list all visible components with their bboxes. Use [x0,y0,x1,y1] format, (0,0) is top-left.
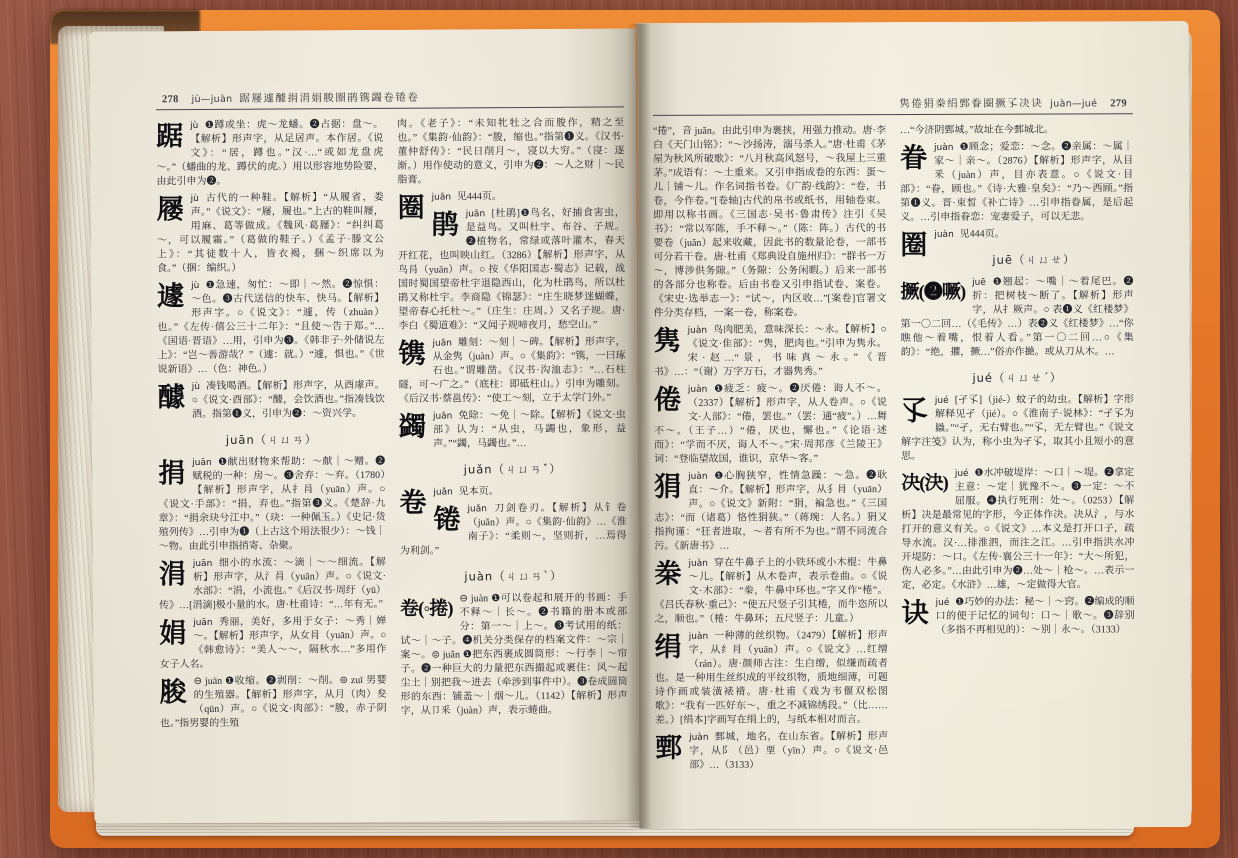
headword-character: 圈 [900,230,927,261]
entry-text: “捲”，音 juǎn。由此引申为裹挟，用强力推动。唐·李白《天门山铭》：“～沙扬… [653,125,887,319]
headword-pinyin: jù [191,194,203,204]
headword-character: 撅(❷噘) [900,278,965,308]
headword-character: 锩 [433,504,460,535]
headword-character: 镌 [398,339,425,370]
pinyin-section-header: jué（ㄐㄩㄝˊ） [901,369,1134,386]
dictionary-entry: 圈juàn 见444页。 [900,227,1133,242]
dictionary-entry: 撅(❷噘)juē ❶翘起：～嘴｜～着尾巴。❷折：把树枝～断了。【解析】形声字，从… [900,275,1133,360]
headword-pinyin: juǎn [433,487,455,497]
dictionary-entry: 踞jù ❶蹲或坐：虎～龙蟠。❷占据：盘～。【解析】形声字，从足居声。本作居。《说… [156,118,383,189]
entry-text: 免除：～免｜～除。【解析】《说文·虫部》认为：“从虫，马蠲也，象形，益声。”“蠲… [433,409,626,449]
entry-text: …“今济阴鄄城。”故址在今鄄城北。 [900,125,1054,137]
entry-continuation: 肉。《老子》：“未知牝牡之合而朘作，精之至也。”《集韵·仙韵》：“朘，缩也。”指… [397,116,624,187]
dictionary-entry: 屦jù 古代的一种鞋。【解析】“从履省，娄声。”《说文》：“屦，履也。”上古的鞋… [157,191,385,276]
headword-pinyin: juān [432,192,454,202]
pinyin-range: juàn—jué [1050,98,1097,109]
headword-character: 捐 [158,458,185,489]
headword-character: 蠲 [399,412,426,443]
headword-pinyin: juàn [688,472,711,482]
header-rule [156,106,624,110]
headword-pinyin: jù [191,281,203,291]
headword-character: 决(決) [901,469,948,499]
headword-character: 屦 [157,194,184,225]
headword-pinyin: jù [192,382,203,392]
text-column-2: …“今济阴鄄城。”故址在今鄄城北。眷juàn ❶顾念；爱恋：～念。❷亲属：～属｜… [900,123,1135,775]
headword-character: 遽 [157,281,184,312]
text-column-2: 肉。《老子》：“未知牝牡之合而朘作，精之至也。”《集韵·仙韵》：“朘，缩也。”指… [397,116,628,732]
dictionary-entry: 鹃juān [杜鹃]❶鸟名，好捕食害虫，是益鸟。又叫杜宇、布谷、子规。❷植物名，… [398,206,626,333]
headword-character: 鄄 [655,733,682,764]
headword-character: 娟 [159,618,186,649]
headword-pinyin: juàn [688,326,710,336]
entry-text: ❶顾念；爱恋：～念。❷亲属：～属｜家～｜亲～。（2876）【解析】形声字，从目釆… [900,141,1133,223]
dictionary-entry: 锩juǎn 刀剑卷刃。【解析】从钅卷（juǎn）声。○《集韵·仙韵》…《淮南子》… [399,501,626,558]
headword-character: 醵 [158,382,185,413]
dictionary-entry: 脧⊖ juān ❶收缩。❷剥削：～削。⊜ zuī 男婴的生殖器。【解析】形声字，… [160,674,387,731]
dictionary-entry: 绢juàn 一种薄的丝织物。（2479）【解析】形声字，从纟肙（yuān）声。○… [655,629,888,728]
entry-text: 鄄城，地名，在山东省。【解析】形声字，从阝（邑）垔（yīn）声。○《说文·邑部》… [689,731,888,771]
headword-character: 孓 [901,396,928,427]
dictionary-entry: 桊juàn 穿在牛鼻子上的小铁环或小木棍：牛鼻～儿。【解析】从木卷声，表示卷曲。… [654,556,887,627]
headword-list: 踞屦遽醵捐涓娟脧圈鹃镌蠲卷锩卷 [239,93,419,105]
dictionary-entry: 捐juān ❶献出财物来帮助：～献｜～赠。❷赋税的一种：房～。❸舍弃：～弃。（1… [158,455,386,554]
dictionary-entry: 镌juān 雕刻：～刻｜～碑。【解析】形声字，从金隽（juàn）声。○《集韵》：… [398,335,625,406]
text-column-1: “捲”，音 juǎn。由此引申为裹挟，用强力推动。唐·李白《天门山铭》：“～沙扬… [653,124,888,776]
pinyin-section-header: juē（ㄐㄩㄝ） [900,251,1133,268]
headword-character: 鹃 [432,209,459,240]
headword-pinyin: juān [432,338,455,348]
left-page: 278jù—juàn踞屦遽醵捐涓娟脧圈鹃镌蠲卷锩卷 踞jù ❶蹲或坐：虎～龙蟠。… [90,28,641,823]
headword-character: 圈 [398,193,425,224]
entry-text: ❶巧妙的办法：秘～｜～窍。❷编成的顺口的便于记忆的词句：口～｜歌～。❸辞别（多指… [936,596,1135,636]
headword-character: 诀 [902,598,929,629]
right-page-content: 隽倦狷桊绢鄄眷圈撅孓决诀juàn—jué279 “捲”，音 juǎn。由此引申为… [637,21,1192,829]
headword-pinyin: juàn [688,385,711,395]
pinyin-range: jù—juàn [192,94,233,105]
headword-pinyin: juàn [689,632,712,642]
headword-pinyin: juàn [688,559,711,569]
entry-text: ❶急速，匆忙：～即｜～然。❷惊惧：～色。❸古代送信的快车、快马。【解析】形声字。… [157,279,384,375]
entry-text: ❶献出财物来帮助：～献｜～赠。❷赋税的一种：房～。❸舍弃：～弃。（1780）【解… [158,456,385,552]
dictionary-entry: 决(決)jué ❶水冲破堤岸：～口｜～堤。❷拿定主意：～定｜犹豫不～。❸一定：～… [901,466,1134,593]
entry-text: ⊖ juān ❶收缩。❷剥削：～削。⊜ zuī 男婴的生殖器。【解析】形声字，从… [160,675,387,729]
dictionary-entry: 眷juàn ❶顾念；爱恋：～念。❷亲属：～属｜家～｜亲～。（2876）【解析】形… [900,140,1133,225]
entry-text: 见444页。 [960,229,1005,240]
headword-character: 绢 [655,632,682,663]
headword-pinyin: juàn [689,733,712,743]
dictionary-entry: 孓jué [孑孓]（jié-）蚊子的幼虫。【解析】字形解释见孑（jié）。○《淮… [901,393,1134,464]
headword-pinyin: jué [955,469,972,479]
headword-pinyin: juǎn [467,504,491,514]
entry-continuation: …“今济阴鄄城。”故址在今鄄城北。 [900,123,1133,138]
entry-text: 见444页。 [457,191,502,202]
dictionary-entry: 隽juàn 鸟肉肥美，意味深长：～永。【解析】○《说文·隹部》：“隽，肥肉也。”… [654,323,887,380]
dictionary-entry: 卷juǎn 见本页。 [399,484,626,499]
right-page: 隽倦狷桊绢鄄眷圈撅孓决诀juàn—jué279 “捲”，音 juǎn。由此引申为… [637,21,1192,829]
entry-text: ❶心胸狭窄，性情急躁：～急。❷耿直：～介。【解析】形声字，从犭肙（yuān）声。… [654,470,887,552]
headword-pinyin: juān [433,411,456,421]
dictionary-entry: 诀jué ❶巧妙的办法：秘～｜～窍。❷编成的顺口的便于记忆的词句：口～｜歌～。❸… [902,595,1135,638]
text-columns: “捲”，音 juǎn。由此引申为裹挟，用强力推动。唐·李白《天门山铭》：“～沙扬… [653,123,1135,776]
headword-character: 隽 [654,326,681,357]
headword-character: 涓 [159,559,186,590]
headword-pinyin: jù [190,121,202,131]
headword-pinyin: juān [192,458,215,468]
headword-list: 隽倦狷桊绢鄄眷圈撅孓决诀 [899,99,1043,111]
headword-character: 踞 [156,121,183,152]
page-number: 279 [1110,98,1127,109]
pinyin-section-header: juān（ㄐㄩㄢ） [158,431,385,448]
photo-scene: 278jù—juàn踞屦遽醵捐涓娟脧圈鹃镌蠲卷锩卷 踞jù ❶蹲或坐：虎～龙蟠。… [0,0,1238,858]
headword-character: 眷 [900,143,927,174]
headword-character: 卷 [399,488,426,519]
dictionary-entry: 鄄juàn 鄄城，地名，在山东省。【解析】形声字，从阝（邑）垔（yīn）声。○《… [655,730,888,773]
dictionary-entry: 蠲juān 免除：～免｜～除。【解析】《说文·虫部》认为：“从虫，马蠲也，象形，… [399,408,626,451]
running-head-left: 278jù—juàn踞屦遽醵捐涓娟脧圈鹃镌蠲卷锩卷 [156,88,624,106]
page-number: 278 [162,94,179,105]
text-column-1: 踞jù ❶蹲或坐：虎～龙蟠。❷占据：盘～。【解析】形声字，从足居声。本作居。《说… [156,118,387,734]
headword-pinyin: juān [193,618,216,628]
headword-character: 狷 [654,472,681,503]
headword-character: 脧 [160,677,187,708]
entry-text: 一种薄的丝织物。（2479）【解析】形声字，从纟肙（yuān）声。○《说文》…红… [655,630,888,726]
entry-text: 肉。《老子》：“未知牝牡之合而朘作，精之至也。”《集韵·仙韵》：“朘，缩也。”指… [397,117,624,185]
dictionary-entry: 涓juān 细小的水流：～滴｜～～细流。【解析】形声字，从氵肙（yuān）声。○… [159,556,386,613]
headword-pinyin: juàn [934,143,957,153]
dictionary-entry: 倦juàn ❶疲乏：疲～。❷厌倦：诲人不～。（2337）【解析】形声字，从人卷声… [654,382,887,467]
entry-text: 古代的一种鞋。【解析】“从履省，娄声。”《说文》：“屦，履也。”上古的鞋叫屦，用… [157,192,384,274]
header-rule [653,113,1133,116]
entry-continuation: “捲”，音 juǎn。由此引申为裹挟，用强力推动。唐·李白《天门山铭》：“～沙扬… [653,124,887,321]
pinyin-section-header: juàn（ㄐㄩㄢˋ） [400,567,627,584]
running-head-right: 隽倦狷桊绢鄄眷圈撅孓决诀juàn—jué279 [653,95,1133,112]
open-dictionary-book: 278jù—juàn踞屦遽醵捐涓娟脧圈鹃镌蠲卷锩卷 踞jù ❶蹲或坐：虎～龙蟠。… [50,10,1220,848]
dictionary-entry: 娟juān 秀丽，美好，多用于女子：～秀｜婵～。【解析】形声字，从女肙（yuān… [159,615,386,672]
entry-text: 凑钱喝酒。【解析】形声字，从酉豦声。○《说文·酉部》：“醵，会饮酒也。”指凑钱饮… [192,380,385,420]
book-gutter-shadow [627,24,651,828]
dictionary-entry: 醵jù 凑钱喝酒。【解析】形声字，从酉豦声。○《说文·酉部》：“醵，会饮酒也。”… [158,379,385,422]
headword-pinyin: jué [935,396,952,406]
entry-text: ❶疲乏：疲～。❷厌倦：诲人不～。（2337）【解析】形声字，从人卷声。○《说文·… [654,383,887,465]
dictionary-entry: 圈juān 见444页。 [398,189,625,204]
headword-character: 卷(◦捲) [400,594,453,624]
left-page-content: 278jù—juàn踞屦遽醵捐涓娟脧圈鹃镌蠲卷锩卷 踞jù ❶蹲或坐：虎～龙蟠。… [90,28,641,823]
text-columns: 踞jù ❶蹲或坐：虎～龙蟠。❷占据：盘～。【解析】形声字，从足居声。本作居。《说… [156,116,628,734]
dictionary-entry: 狷juàn ❶心胸狭窄，性情急躁：～急。❷耿直：～介。【解析】形声字，从犭肙（y… [654,469,887,554]
headword-pinyin: juē [972,278,990,288]
headword-character: 桊 [654,559,681,590]
dictionary-entry: 卷(◦捲)⊖ juàn ❶可以卷起和展开的书画：手不释～｜长～。❷书籍的册本或部… [400,591,628,718]
dictionary-entry: 遽jù ❶急速，匆忙：～即｜～然。❷惊惧：～色。❸古代送信的快车、快马。【解析】… [157,278,385,377]
headword-character: 倦 [654,385,681,416]
headword-pinyin: juàn [934,230,956,240]
headword-pinyin: juān [193,559,216,569]
headword-pinyin: jué [936,598,953,608]
pinyin-section-header: juǎn（ㄐㄩㄢˇ） [399,460,626,477]
entry-text: 见本页。 [459,486,499,497]
headword-pinyin: juān [466,209,489,219]
